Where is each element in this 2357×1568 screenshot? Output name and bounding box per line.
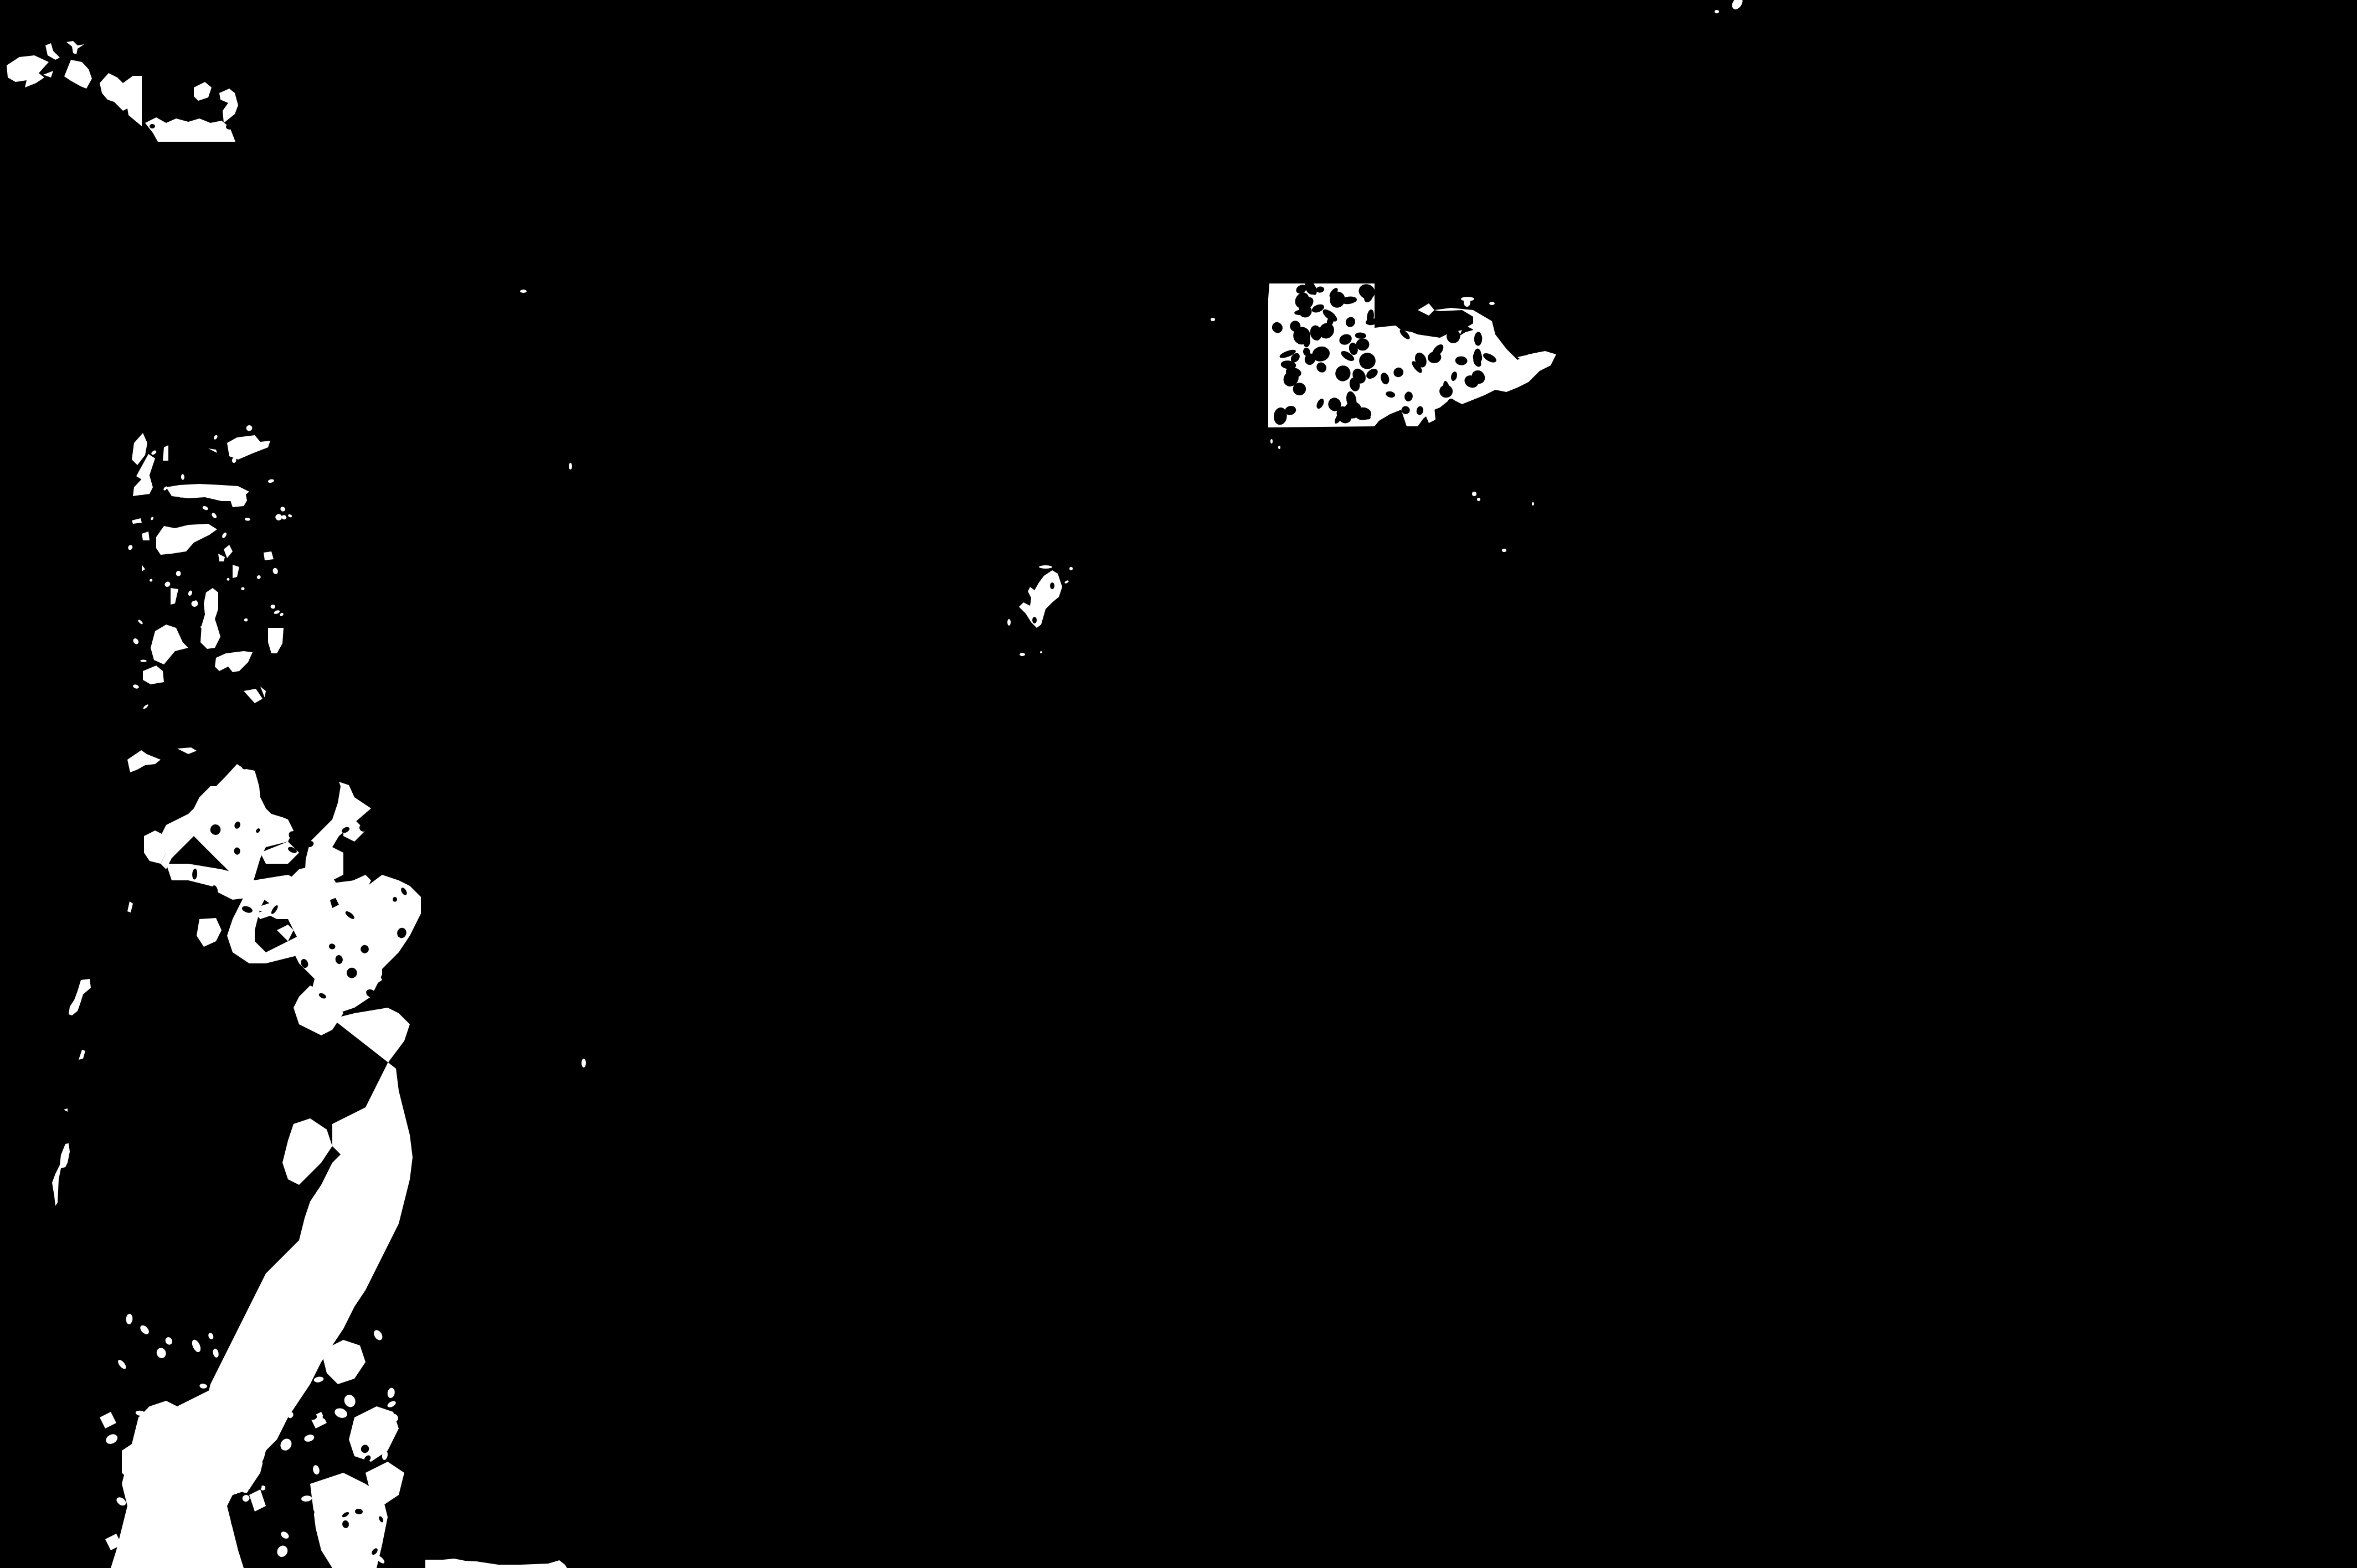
upper-center-rectangle: [1211, 279, 1556, 552]
lower-left-mass: [100, 687, 567, 1568]
far-left-streaks: [52, 901, 133, 1206]
top-right-specks: [397, 0, 1744, 1067]
left-column-cluster: [127, 424, 292, 709]
segmentation-mask: [0, 0, 2357, 1568]
top-left-cluster: [7, 41, 238, 142]
center-small-blob: [1007, 565, 1073, 656]
